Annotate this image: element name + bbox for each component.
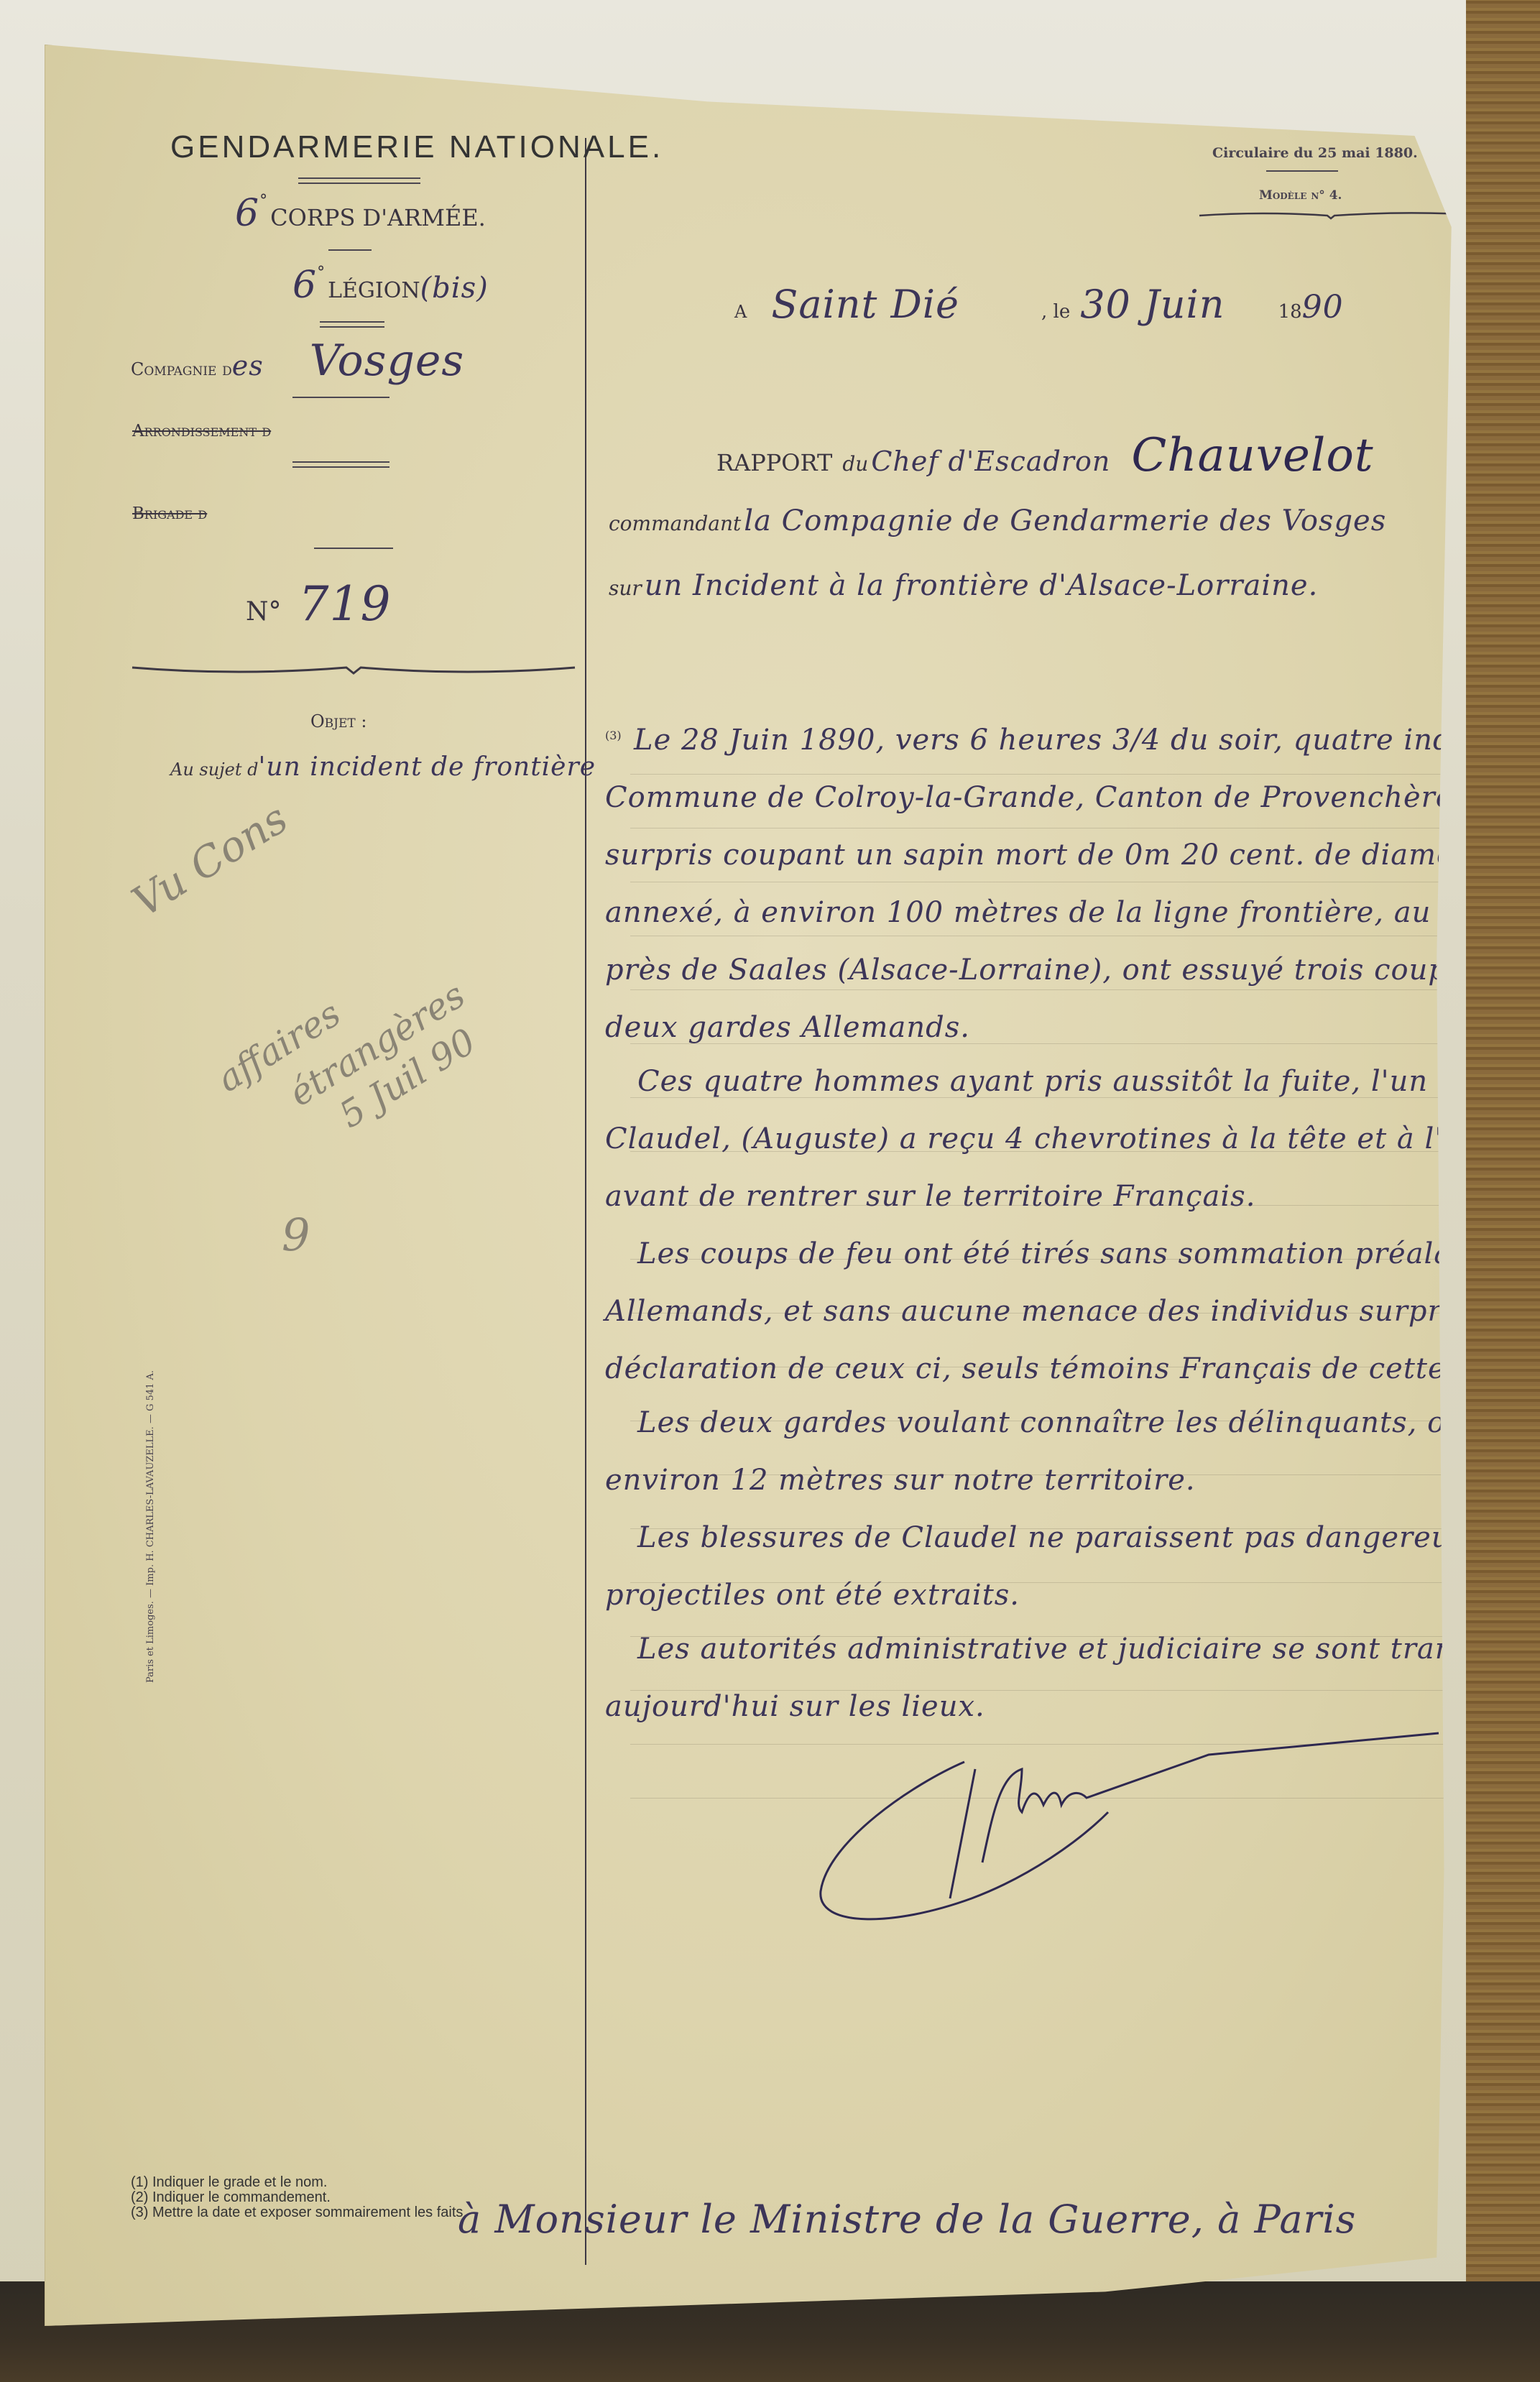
commandant-line: commandant la Compagnie de Gendarmerie d… [609,504,1386,537]
body-line: déclaration de ceux ci, seuls témoins Fr… [605,1352,1540,1385]
rapport-line: RAPPORT du Chef d'Escadron Chauvelot [716,429,1374,482]
body-line: Les coups de feu ont été tirés sans somm… [637,1237,1540,1270]
year-handwritten: 90 [1302,289,1344,326]
addressee: à Monsieur le Ministre de la Guerre, à P… [458,2197,1356,2242]
subject-value: un Incident à la frontière d'Alsace-Lorr… [645,569,1318,602]
ornamental-divider [131,659,576,680]
commandant-label: commandant [609,512,741,535]
body-line: Le 28 Juin 1890, vers 6 heures 3/4 du so… [634,724,1540,757]
ruled-line [630,936,1493,936]
corps-line: 6° CORPS D'ARMÉE. [235,192,486,235]
document-page: GENDARMERIE NATIONALE. 6° CORPS D'ARMÉE.… [45,45,1518,2326]
body-line: Allemands, et sans aucune menace des ind… [605,1295,1540,1328]
date-prefix: , le [1041,301,1070,323]
body-line: Les deux gardes voulant connaître les dé… [637,1406,1540,1439]
body-line: Commune de Colroy-la-Grande, Canton de P… [605,781,1540,814]
compagnie-value: Vosges [310,336,464,386]
objet-line: Au sujet d'un incident de frontière [170,752,596,782]
double-rule [292,461,389,468]
compagnie-line: Compagnie des Vosges [131,336,464,386]
place-date-line: A Saint Dié , le 30 Juin 1890 [734,282,1344,327]
pencil-note-line: Vu Cons [124,794,296,927]
body-line: Claudel, (Auguste) a reçu 4 chevrotines … [605,1122,1540,1155]
sur-label: sur [609,576,642,600]
brigade-label: Brigade d [132,504,207,523]
circulaire-reference: Circulaire du 25 mai 1880. [1212,145,1418,161]
subject-line: sur un Incident à la frontière d'Alsace-… [609,569,1318,602]
number-value: 719 [299,576,392,632]
legion-label: LÉGION [328,278,420,303]
ruled-line [630,774,1493,775]
body-line: deux gardes Allemands. [605,1011,970,1044]
short-rule [1266,170,1338,172]
compagnie-prefix: es [232,350,264,382]
footnotes: (1) Indiquer le grade et le nom. (2) Ind… [131,2175,467,2220]
short-rule [314,548,393,549]
arrondissement-label: Arrondissement d [132,422,271,440]
footnote-marker: (3) [605,729,622,742]
header-title: GENDARMERIE NATIONALE. [170,129,663,165]
short-rule [328,249,372,251]
date-value: 30 Juin [1080,282,1225,327]
double-rule [320,321,384,328]
body-line: Les blessures de Claudel ne paraissent p… [637,1521,1540,1554]
corps-label: CORPS D'ARMÉE. [270,204,486,231]
du-label: du [842,452,868,476]
legion-suffix: (bis) [420,272,489,305]
modele-reference: Modèle n° 4. [1259,188,1342,203]
year-printed: 18 [1278,301,1302,323]
rapport-label: RAPPORT [716,449,832,476]
rank-value: Chef d'Escadron [871,446,1110,477]
signature [806,1726,1453,1942]
place-value: Saint Dié [771,282,959,327]
body-line: Ces quatre hommes ayant pris aussitôt la… [637,1065,1540,1098]
pencil-note-line: 9 [282,1209,310,1261]
ornamental-divider [1198,208,1464,223]
objet-handwritten: 'un incident de frontière [258,752,596,782]
printer-imprint: Paris et Limoges. — Imp. H. CHARLES-LAVA… [145,1370,156,1683]
objet-printed: Au sujet d [170,760,258,780]
place-prefix: A [734,302,747,322]
legion-line: 6° LÉGION(bis) [292,264,489,307]
footnote-3: (3) Mettre la date et exposer sommaireme… [131,2205,467,2220]
body-line: surpris coupant un sapin mort de 0m 20 c… [605,839,1540,872]
compagnie-label: Compagnie d [131,359,232,379]
body-line: annexé, à environ 100 mètres de la ligne… [605,896,1540,929]
ruled-line [630,828,1493,828]
number-line: N° 719 [246,576,391,632]
body-line: projectiles ont été extraits. [605,1579,1020,1612]
number-label: N° [246,597,282,627]
column-divider [585,138,586,2265]
ruled-line [630,989,1493,990]
double-rule [298,177,420,184]
footnote-2: (2) Indiquer le commandement. [131,2190,467,2205]
ruled-line [630,882,1493,882]
command-value: la Compagnie de Gendarmerie des Vosges [744,504,1386,537]
officer-name: Chauvelot [1131,429,1373,482]
legion-number: 6 [292,264,317,307]
short-rule [292,397,389,398]
body-line: avant de rentrer sur le territoire Franç… [605,1180,1255,1213]
objet-label: Objet : [310,711,366,731]
footnote-1: (1) Indiquer le grade et le nom. [131,2175,467,2190]
corps-number: 6 [235,192,259,235]
body-line: environ 12 mètres sur notre territoire. [605,1464,1196,1497]
body-line: Les autorités administrative et judiciai… [637,1633,1540,1666]
body-line: aujourd'hui sur les lieux. [605,1690,985,1723]
body-line: près de Saales (Alsace-Lorraine), ont es… [605,954,1540,987]
